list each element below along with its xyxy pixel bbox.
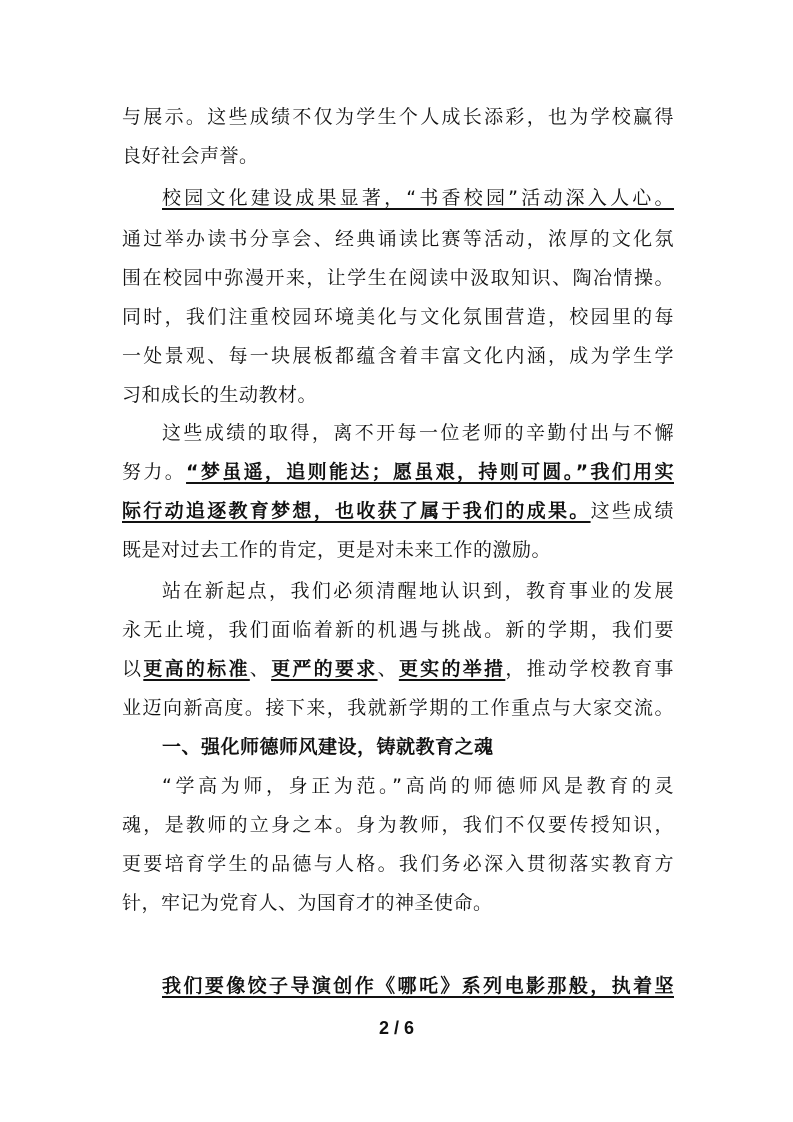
plain-text: 以 [122, 658, 143, 680]
separator: 、 [378, 658, 399, 680]
body-text-line: 站在新起点，我们必须清醒地认识到，教育事业的发展 [162, 579, 674, 603]
body-text-line-with-emphasis: 以更高的标准、更严的要求、更实的举措，推动学校教育事 [122, 657, 674, 681]
body-text-line: 永无止境，我们面临着新的机遇与挑战。新的学期，我们要 [122, 618, 674, 642]
body-text-line: 魂，是教师的立身之本。身为教师，我们不仅要传授知识， [122, 813, 674, 837]
plain-text: 这些成绩 [591, 500, 674, 522]
body-text-line: 针，牢记为党育人、为国育才的神圣使命。 [122, 891, 674, 915]
underlined-text: 校园文化建设成果显著，“书香校园”活动深入人心。 [162, 187, 674, 209]
body-text-line: 更要培育学生的品德与人格。我们务必深入贯彻落实教育方 [122, 852, 674, 876]
bold-underlined-quote: 际行动追逐教育梦想，也收获了属于我们的成果。 [122, 500, 591, 522]
emphasis-practical-measures: 更实的举措 [399, 658, 505, 680]
body-text-line: 既是对过去工作的肯定，更是对未来工作的激励。 [122, 538, 674, 562]
underlined-lead-sentence: 校园文化建设成果显著，“书香校园”活动深入人心。 [162, 186, 674, 210]
body-text-line: 良好社会声誉。 [122, 144, 674, 168]
bold-underlined-quote: “梦虽遥，追则能达；愿虽艰，持则可圆。”我们用实 [186, 461, 674, 483]
plain-text: ，推动学校教育事 [505, 658, 674, 680]
body-text-line: 围在校园中弥漫开来，让学生在阅读中汲取知识、陶冶情操。 [122, 266, 674, 290]
body-text-line: 业迈向新高度。接下来，我就新学期的工作重点与大家交流。 [122, 696, 674, 720]
body-text-line-with-quote: 际行动追逐教育梦想，也收获了属于我们的成果。这些成绩 [122, 499, 674, 523]
page-number: 2 / 6 [0, 1018, 793, 1039]
body-text-line: 一处景观、每一块展板都蕴含着丰富文化内涵，成为学生学 [122, 344, 674, 368]
emphasis-stricter-requirement: 更严的要求 [271, 658, 377, 680]
bold-underlined-text: 我们要像饺子导演创作《哪吒》系列电影那般，执着坚 [162, 975, 674, 997]
body-text-line: 习和成长的生动教材。 [122, 383, 674, 407]
body-text-line: “学高为师，身正为范。”高尚的师德师风是教育的灵 [162, 774, 674, 798]
body-text-line: 这些成绩的取得，离不开每一位老师的辛勤付出与不懈 [162, 421, 674, 445]
body-text-line: 通过举办读书分享会、经典诵读比赛等活动，浓厚的文化氛 [122, 227, 674, 251]
section-heading: 一、强化师德师风建设，铸就教育之魂 [162, 735, 674, 759]
plain-text: 努力。 [122, 461, 186, 483]
underlined-lead-sentence: 我们要像饺子导演创作《哪吒》系列电影那般，执着坚 [162, 974, 674, 998]
body-text-line: 与展示。这些成绩不仅为学生个人成长添彩，也为学校赢得 [122, 105, 674, 129]
document-page: 与展示。这些成绩不仅为学生个人成长添彩，也为学校赢得 良好社会声誉。 校园文化建… [0, 0, 793, 1122]
body-text-line: 同时，我们注重校园环境美化与文化氛围营造，校园里的每 [122, 305, 674, 329]
body-text-line-with-quote: 努力。“梦虽遥，追则能达；愿虽艰，持则可圆。”我们用实 [122, 460, 674, 484]
emphasis-higher-standard: 更高的标准 [143, 658, 249, 680]
separator: 、 [250, 658, 271, 680]
